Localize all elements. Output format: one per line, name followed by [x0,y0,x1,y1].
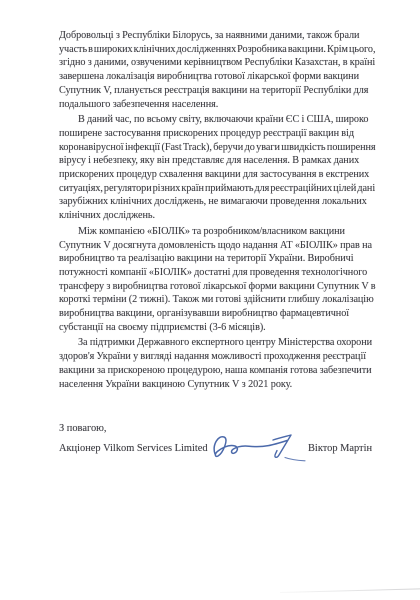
letter-line: виробництво та реалізацію вакцини на тер… [59,252,377,266]
letter-line: Добровольці з Республіки Білорусь, за на… [59,29,377,43]
letter-line: поширене застосування прискорених процед… [59,127,377,141]
paragraph-2: В даний час, по всьому світу, включаючи … [59,113,377,223]
letter-line: населення України вакциною Супутник V з … [59,378,377,392]
signature-row: Акціонер Vilkom Services Limited Віктор … [59,441,377,487]
paragraph-3: Між компанією «БІОЛІК» та розробником/вл… [59,225,377,335]
letter-line: клінічних досліджень. [59,209,377,223]
closing-block: З повагою, Акціонер Vilkom Services Limi… [59,422,377,487]
letter-line: Супутник V досягнута домовленість щодо н… [59,239,377,253]
letter-line: участь в широких клінічних дослідженнях … [59,43,377,57]
letter-body: Добровольці з Республіки Білорусь, за на… [59,29,377,391]
signature-scribble-icon [209,428,319,468]
paragraph-1: Добровольці з Республіки Білорусь, за на… [59,29,377,111]
letter-line: здоров'я України у вигляді надання можли… [59,350,377,364]
letter-line: подальшого забезпечення населення. [59,98,377,112]
letter-line: В даний час, по всьому світу, включаючи … [59,113,377,127]
letter-line: ситуаціях, регулятори різних країн прийм… [59,182,377,196]
letter-line: вакцини за прискореною процедурою, наша … [59,364,377,378]
letter-line: коронавірусної інфекції (Fast Track), бе… [59,141,377,155]
letter-line: короткі терміни (2 тижні). Також ми гото… [59,293,377,307]
letter-line: субстанції на своєму підприємстві (3-6 м… [59,321,377,335]
letter-line: трансферу з виробництва готової лікарськ… [59,280,377,294]
letter-line: вірусу і небезпеку, яку він представляє … [59,154,377,168]
letter-line: прискорених процедур схвалення вакцини д… [59,168,377,182]
signatory-name: Віктор Мартін [308,442,372,456]
letter-line: Між компанією «БІОЛІК» та розробником/вл… [59,225,377,239]
letter-line: Супутник V, планується реєстрація вакцин… [59,84,377,98]
scanned-letter-page: Добровольці з Республіки Білорусь, за на… [0,0,420,600]
signatory-role: Акціонер Vilkom Services Limited [59,442,208,456]
letter-line: За підтримки Державного експертного цент… [59,336,377,350]
letter-line: зарубіжних клінічних досліджень, не вима… [59,195,377,209]
letter-line: згідно з даними, озвученими керівництвом… [59,56,377,70]
letter-line: виробництва вакцини, організувавши вироб… [59,307,377,321]
letter-line: завершена локалізація виробництва готово… [59,70,377,84]
paragraph-4: За підтримки Державного експертного цент… [59,336,377,391]
letter-line: потужності компанії «БІОЛІК» достатні дл… [59,266,377,280]
